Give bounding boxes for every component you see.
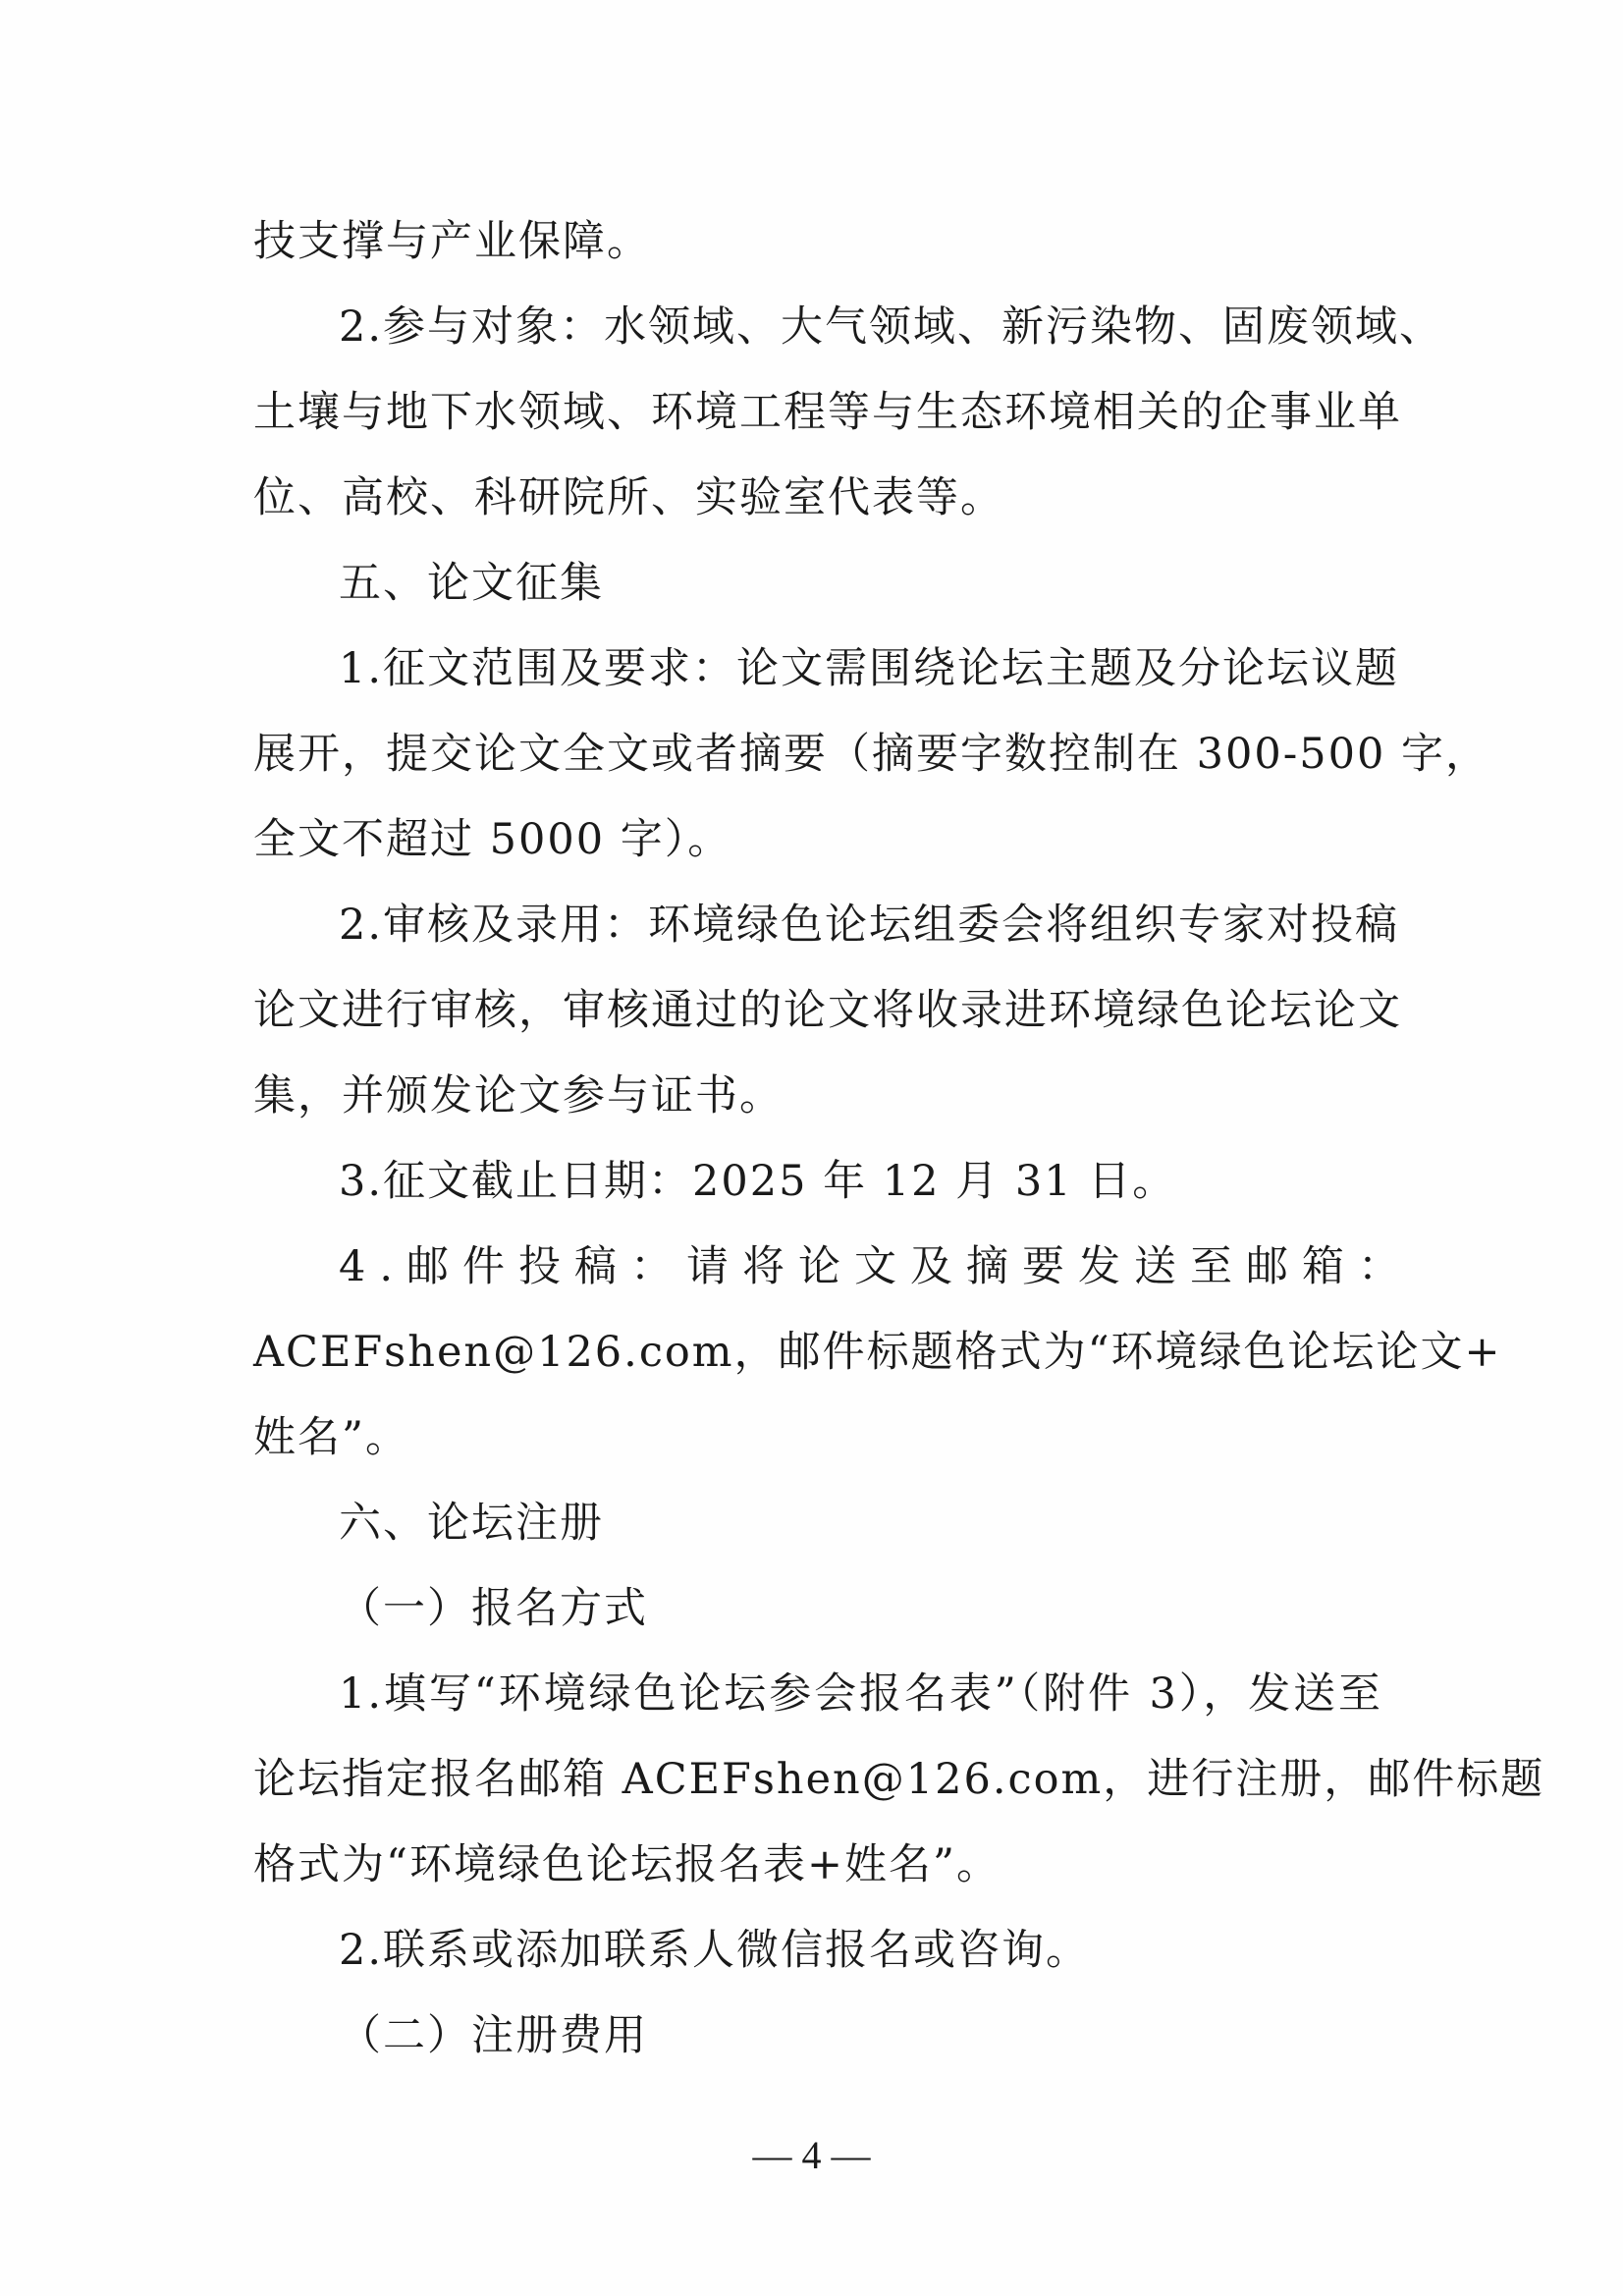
paragraph-line: 土壤与地下水领域、环境工程等与生态环境相关的企事业单 — [253, 385, 1382, 440]
paragraph-line: 展开，提交论文全文或者摘要（摘要字数控制在 300-500 字， — [253, 727, 1382, 782]
list-item-scope: 1.征文范围及要求：论文需围绕论坛主题及分论坛议题 — [339, 641, 1382, 696]
email-submission-line: ACEFshen@126.com，邮件标题格式为“环境绿色论坛论文+ — [253, 1325, 1382, 1380]
list-item-review: 2.审核及录用：环境绿色论坛组委会将组织专家对投稿 — [339, 898, 1382, 953]
paragraph-line: 技支撑与产业保障。 — [253, 214, 651, 269]
paragraph-line: 姓名”。 — [253, 1410, 409, 1465]
paragraph-line: 位、高校、科研院所、实验室代表等。 — [253, 470, 1004, 525]
paragraph-line: 全文不超过 5000 字）。 — [253, 812, 731, 867]
paragraph-line: 集，并颁发论文参与证书。 — [253, 1068, 784, 1123]
section-heading-registration: 六、论坛注册 — [339, 1496, 604, 1551]
list-item-contact-wechat: 2.联系或添加联系人微信报名或咨询。 — [339, 1923, 1090, 1978]
section-heading-paper-collection: 五、论文征集 — [339, 556, 604, 611]
subsection-heading-signup-method: （一）报名方式 — [339, 1581, 648, 1636]
subsection-heading-registration-fee: （二）注册费用 — [339, 2008, 648, 2063]
paragraph-line: 格式为“环境绿色论坛报名表+姓名”。 — [253, 1837, 1001, 1892]
list-item-deadline: 3.征文截止日期：2025 年 12 月 31 日。 — [339, 1154, 1176, 1209]
list-item-email-submission: 4.邮件投稿：请将论文及摘要发送至邮箱： — [339, 1239, 1382, 1294]
document-page: 技支撑与产业保障。 2.参与对象：水领域、大气领域、新污染物、固废领域、 土壤与… — [0, 0, 1623, 2296]
list-item-participants: 2.参与对象：水领域、大气领域、新污染物、固废领域、 — [339, 300, 1382, 355]
paragraph-line: 论文进行审核，审核通过的论文将收录进环境绿色论坛论文 — [253, 983, 1382, 1038]
registration-email-line: 论坛指定报名邮箱 ACEFshen@126.com，进行注册，邮件标题 — [253, 1752, 1382, 1807]
page-number: — 4 — — [0, 2131, 1623, 2180]
list-item-fill-form: 1.填写“环境绿色论坛参会报名表”（附件 3），发送至 — [339, 1667, 1382, 1722]
